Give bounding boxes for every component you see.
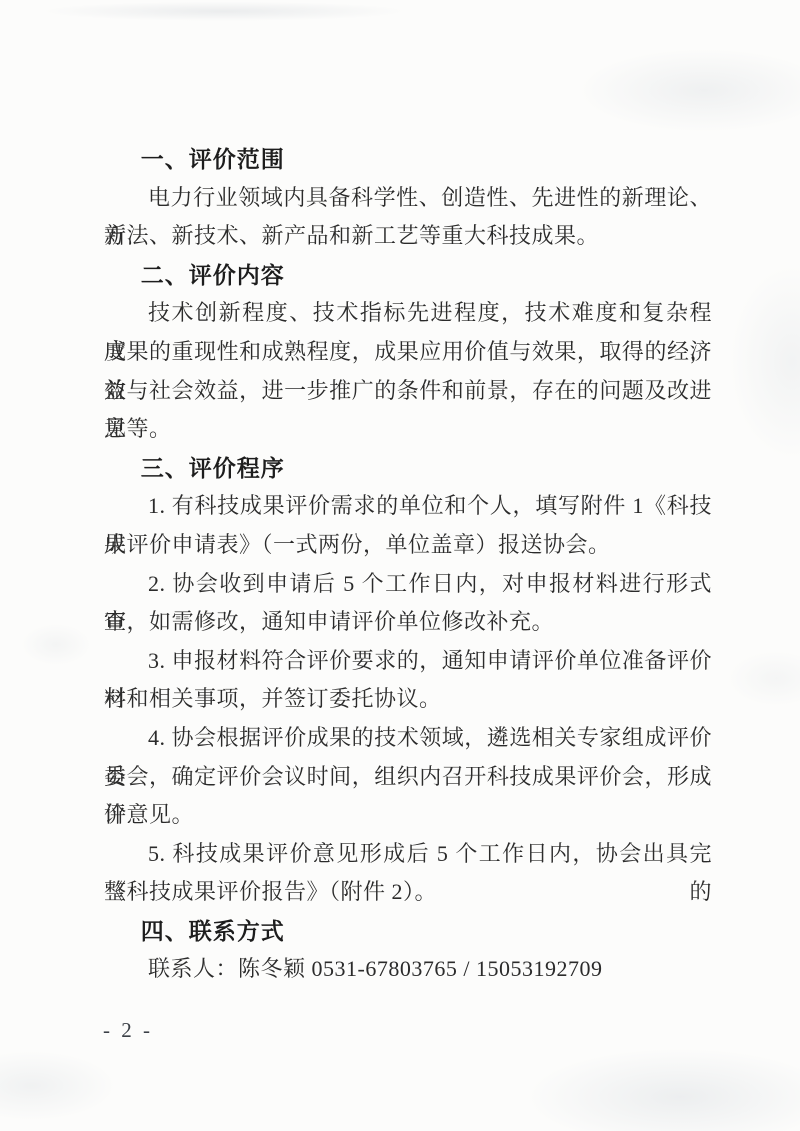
text-line: 果评价申请表》（一式两份，单位盖章）报送协会。 <box>104 526 712 565</box>
section-heading-scope: 一、评价范围 <box>104 140 712 179</box>
text-line: 查，如需修改，通知申请评价单位修改补充。 <box>104 603 712 642</box>
text-line: 见等。 <box>104 410 712 449</box>
section-heading-content: 二、评价内容 <box>104 256 712 295</box>
text-line: 价意见。 <box>104 796 712 835</box>
text-line: 4. 协会根据评价成果的技术领域，遴选相关专家组成评价委 <box>104 719 712 758</box>
text-line: 3. 申报材料符合评价要求的，通知申请评价单位准备评价材 <box>104 642 712 681</box>
text-line: 成果的重现性和成熟程度，成果应用价值与效果，取得的经济效 <box>104 333 712 372</box>
text-line: 料和相关事项，并签订委托协议。 <box>104 680 712 719</box>
text-line: 5. 科技成果评价意见形成后 5 个工作日内，协会出具完整的 <box>104 835 712 874</box>
section-heading-procedure: 三、评价程序 <box>104 449 712 488</box>
section-heading-contact: 四、联系方式 <box>104 912 712 951</box>
document-body: 一、评价范围 电力行业领域内具备科学性、创造性、先进性的新理论、新 方法、新技术… <box>104 140 712 989</box>
text-line: 员会，确定评价会议时间，组织内召开科技成果评价会，形成评 <box>104 758 712 797</box>
text-line: 益与社会效益，进一步推广的条件和前景，存在的问题及改进意 <box>104 372 712 411</box>
text-line: 1. 有科技成果评价需求的单位和个人，填写附件 1《科技成 <box>104 487 712 526</box>
text-line: 技术创新程度、技术指标先进程度，技术难度和复杂程度， <box>104 294 712 333</box>
document-page: 一、评价范围 电力行业领域内具备科学性、创造性、先进性的新理论、新 方法、新技术… <box>0 0 800 1131</box>
text-line: 电力行业领域内具备科学性、创造性、先进性的新理论、新 <box>104 179 712 218</box>
text-line: 方法、新技术、新产品和新工艺等重大科技成果。 <box>104 217 712 256</box>
contact-info-line: 联系人：陈冬颖 0531-67803765 / 15053192709 <box>104 950 712 989</box>
page-number: - 2 - <box>103 1018 150 1043</box>
text-line: 2. 协会收到申请后 5 个工作日内，对申报材料进行形式审 <box>104 565 712 604</box>
